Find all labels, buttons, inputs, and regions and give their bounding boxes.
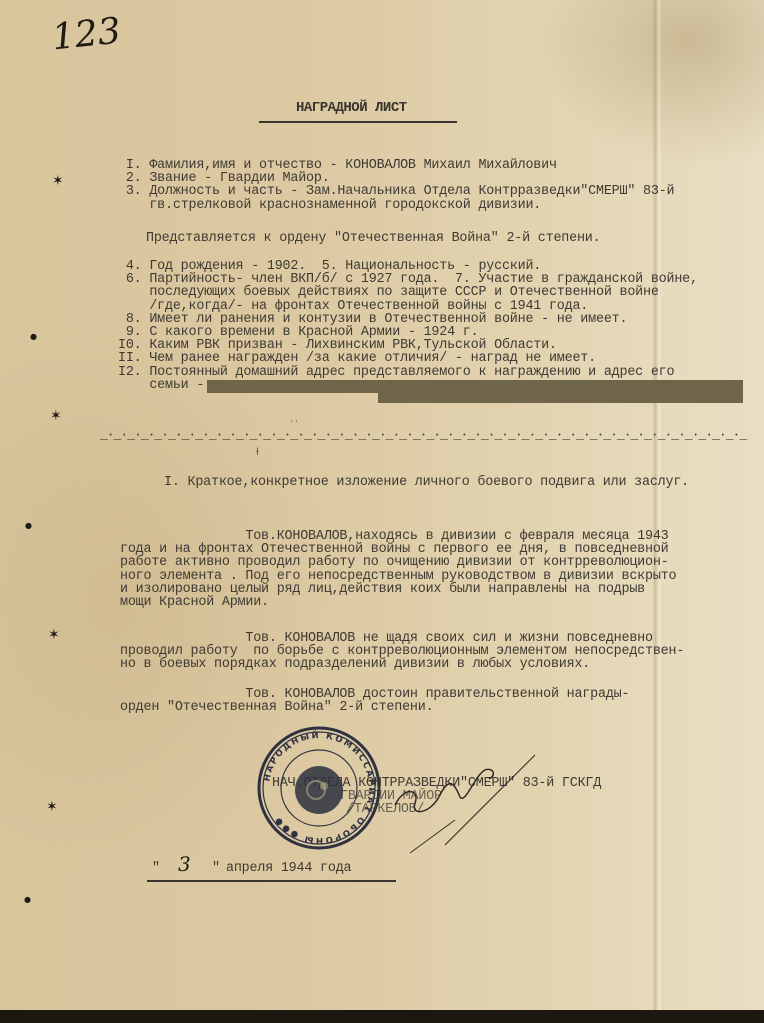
paragraph-3: Тов. КОНОВАЛОВ достоин правительственной… xyxy=(120,688,629,714)
field-list-1: I. Фамилия,имя и отчество - КОНОВАЛОВ Ми… xyxy=(118,159,674,212)
paragraph-line: ного элемента . Под его непосредственным… xyxy=(120,570,676,583)
ink-spot: ● xyxy=(24,893,31,907)
form-field-line: 3. Должность и часть - Зам.Начальника От… xyxy=(118,185,674,198)
form-field-line: последующих боевых действиях по защите С… xyxy=(118,286,698,299)
date-open-quote: " xyxy=(152,862,160,875)
paper-sheet xyxy=(0,0,764,1010)
archive-number: 123 xyxy=(50,11,123,59)
paragraph-1: Тов.КОНОВАЛОВ,находясь в дивизии с февра… xyxy=(120,530,676,609)
paragraph-2: Тов. КОНОВАЛОВ не щадя своих сил и жизни… xyxy=(120,632,684,672)
ink-spot: ● xyxy=(25,519,32,533)
scan-bottom-edge xyxy=(0,1010,764,1023)
ink-spot: ● xyxy=(30,330,37,344)
punch-hole-mark: ✶ xyxy=(50,409,62,423)
handwritten-signature xyxy=(385,745,545,855)
paper-fold xyxy=(652,0,662,1023)
punch-hole-mark: ✶ xyxy=(52,174,64,188)
paragraph-line: орден "Отечественная Война" 2-й степени. xyxy=(120,701,629,714)
form-field-line: гв.стрелковой краснознаменной городокско… xyxy=(118,199,674,212)
pencil-mark: ˙˙ xyxy=(289,420,299,431)
dash-dot-divider: _·_·_·_·_·_·_·_·_·_·_·_·_·_·_·_·_·_·_·_·… xyxy=(100,430,748,440)
official-stamp: НАРОДНЫЙ КОМИССАРИАТ ОБОРОНЫ ●●● xyxy=(256,726,382,850)
date-text: апреля 1944 года xyxy=(226,862,351,875)
form-field-line: I2. Постоянный домашний адрес представля… xyxy=(118,366,698,379)
field-list-2: 4. Год рождения - 1902. 5. Национальност… xyxy=(118,260,698,392)
date-close-quote: " xyxy=(212,862,220,875)
form-field-line: /где,когда/- на фронтах Отечественной во… xyxy=(118,300,698,313)
paragraph-line: мощи Красной Армии. xyxy=(120,596,676,609)
document-title: НАГРАДНОЙ ЛИСТ xyxy=(296,100,407,116)
title-underline xyxy=(259,121,457,123)
punch-hole-mark: ✶ xyxy=(48,628,60,642)
redaction-bar xyxy=(207,380,743,393)
redaction-bar-lower xyxy=(378,393,743,403)
nomination-line: Представляется к ордену "Отечественная В… xyxy=(146,232,600,245)
date-underline xyxy=(147,880,396,882)
paragraph-line: работе активно проводил работу по очищен… xyxy=(120,556,676,569)
date-day: 3 xyxy=(178,852,191,876)
form-field-line: II. Чем ранее награжден /за какие отличи… xyxy=(118,352,698,365)
punch-hole-mark: ✶ xyxy=(46,800,58,814)
section-heading: I. Краткое,конкретное изложение личного … xyxy=(164,476,689,489)
paragraph-line: но в боевых порядках подразделений дивиз… xyxy=(120,658,684,671)
pencil-mark: ƚ xyxy=(256,447,259,458)
